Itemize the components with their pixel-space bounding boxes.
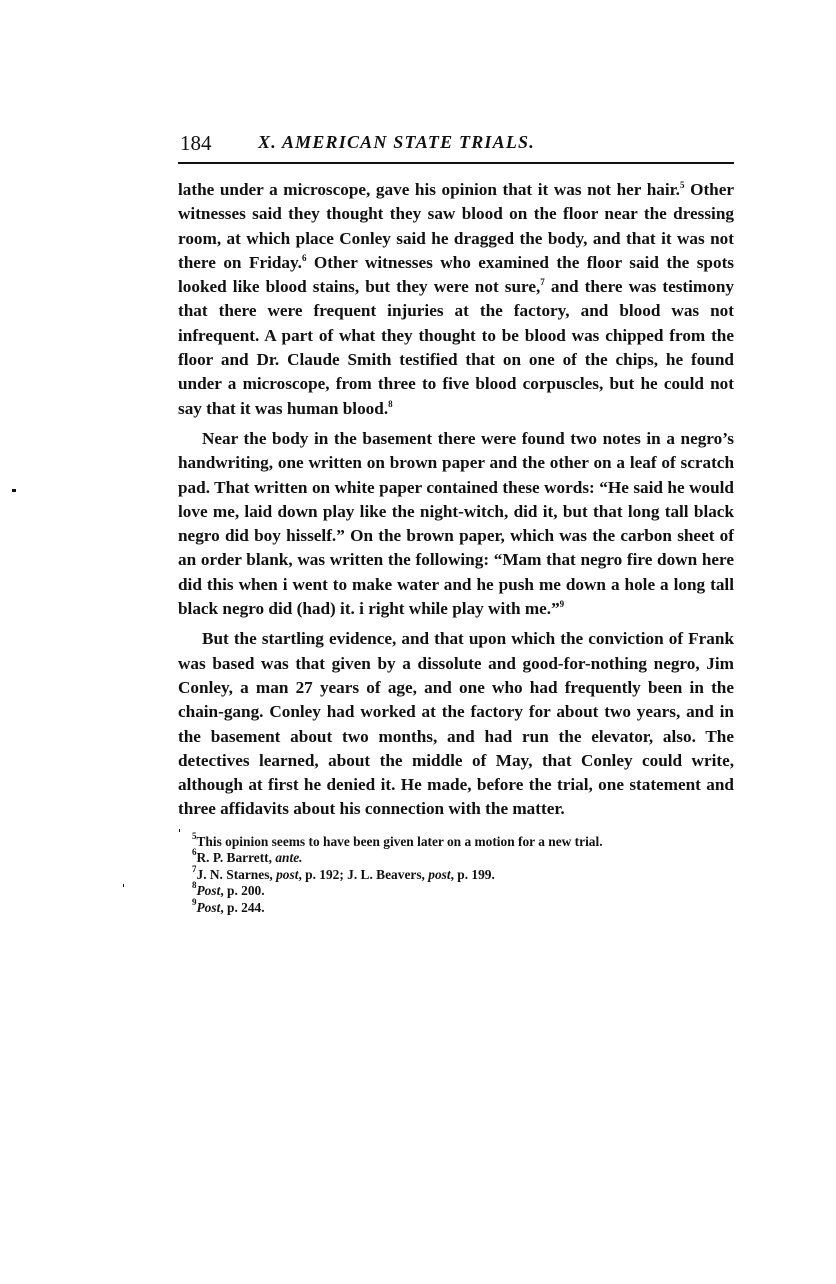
footnote-ref: 8: [388, 399, 393, 409]
footnote: 5This opinion seems to have been given l…: [178, 834, 734, 851]
paragraph: lathe under a microscope, gave his opini…: [178, 178, 734, 421]
footnotes: 5This opinion seems to have been given l…: [178, 834, 734, 917]
footnote-text: , p. 200.: [220, 883, 264, 898]
footnote-text: J. N. Starnes,: [197, 867, 277, 882]
running-title: X. AMERICAN STATE TRIALS.: [258, 132, 535, 153]
paragraph-text: and there was testimony that there were …: [178, 277, 734, 417]
paragraph: Near the body in the basement there were…: [178, 427, 734, 621]
book-page: 184 X. AMERICAN STATE TRIALS. lathe unde…: [178, 130, 734, 916]
footnote: 9Post, p. 244.: [178, 900, 734, 917]
paragraph-text: lathe under a microscope, gave his opini…: [178, 180, 680, 199]
scan-speck: [179, 829, 180, 832]
footnote-text: , p. 192; J. L. Beavers,: [298, 867, 428, 882]
footnote: 6R. P. Barrett, ante.: [178, 850, 734, 867]
footnote-citation-italic: Post: [197, 883, 221, 898]
scan-speck: [123, 884, 124, 887]
footnote-citation-italic: post: [276, 867, 298, 882]
footnote: 8Post, p. 200.: [178, 883, 734, 900]
footnote: 7J. N. Starnes, post, p. 192; J. L. Beav…: [178, 867, 734, 884]
footnote-ref: 9: [560, 599, 565, 609]
footnote-citation-italic: ante.: [275, 850, 302, 865]
paragraph: But the startling evidence, and that upo…: [178, 627, 734, 821]
body-text: lathe under a microscope, gave his opini…: [178, 178, 734, 822]
page-number: 184: [180, 131, 212, 156]
footnote-text: , p. 244.: [220, 900, 264, 915]
footnote-text: R. P. Barrett,: [197, 850, 276, 865]
footnote-text: This opinion seems to have been given la…: [197, 834, 603, 849]
scan-speck: [12, 489, 16, 492]
footnote-citation-italic: Post: [197, 900, 221, 915]
paragraph-text: But the startling evidence, and that upo…: [178, 629, 734, 818]
running-head: 184 X. AMERICAN STATE TRIALS.: [178, 130, 734, 164]
footnote-citation-italic: post: [428, 867, 450, 882]
footnote-text: , p. 199.: [451, 867, 495, 882]
paragraph-text: Near the body in the basement there were…: [178, 429, 734, 618]
